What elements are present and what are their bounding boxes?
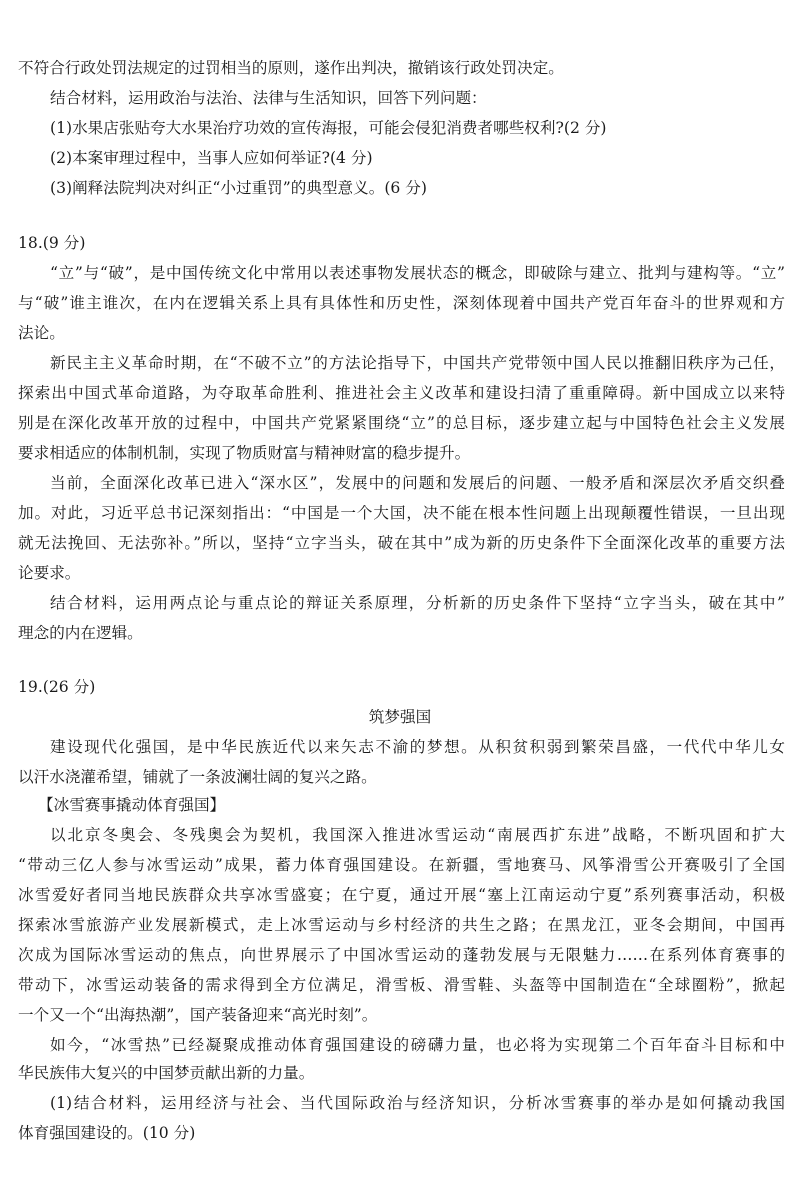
q18-prompt-line: 理念的内在逻辑。: [18, 623, 785, 643]
q19-subquestion-1-line: (1)结合材料，运用经济与社会、当代国际政治与经济知识，分析冰雪赛事的举办是如何…: [50, 1093, 785, 1113]
q19-paragraph-2-line: 冰雪爱好者同当地民族群众共享冰雪盛宴；在宁夏，通过开展“塞上江南运动宁夏”系列赛…: [18, 885, 785, 905]
q17-text-line: 不符合行政处罚法规定的过罚相当的原则，遂作出判决，撤销该行政处罚决定。: [18, 58, 785, 78]
q19-paragraph-2-line: 次成为国际冰雪运动的焦点，向世界展示了中国冰雪运动的蓬勃发展与无限魅力……在系列…: [18, 945, 785, 965]
q17-subquestion-2: (2)本案审理过程中，当事人应如何举证?(4 分): [50, 148, 785, 168]
q19-material-title: 筑梦强国: [0, 707, 800, 727]
q18-heading: 18.(9 分): [18, 233, 785, 253]
q18-paragraph-3-line: 就无法挽回、无法弥补。”所以，坚持“立字当头，破在其中”成为新的历史条件下全面深…: [18, 533, 785, 553]
q18-paragraph-3-line: 当前，全面深化改革已进入“深水区”，发展中的问题和发展后的问题、一般矛盾和深层次…: [50, 473, 785, 493]
q17-prompt: 结合材料，运用政治与法治、法律与生活知识，回答下列问题：: [50, 88, 785, 108]
q17-subquestion-1: (1)水果店张贴夸大水果治疗功效的宣传海报，可能会侵犯消费者哪些权利?(2 分): [50, 118, 785, 138]
q18-paragraph-2-line: 探索出中国式革命道路，为夺取革命胜利、推进社会主义改革和建设扫清了重重障碍。新中…: [18, 383, 785, 403]
q19-paragraph-1-line: 建设现代化强国，是中华民族近代以来矢志不渝的梦想。从积贫积弱到繁荣昌盛，一代代中…: [50, 737, 785, 757]
q19-paragraph-2-line: 探索冰雪旅游产业发展新模式，走上冰雪运动与乡村经济的共生之路；在黑龙江，亚冬会期…: [18, 915, 785, 935]
q18-paragraph-3-line: 加。对此，习近平总书记深刻指出：“中国是一个大国，决不能在根本性问题上出现颠覆性…: [18, 503, 785, 523]
q18-paragraph-1-line: 与“破”谁主谁次，在内在逻辑关系上具有具体性和历史性，深刻体现着中国共产党百年奋…: [18, 293, 785, 313]
q17-subquestion-3: (3)阐释法院判决对纠正“小过重罚”的典型意义。(6 分): [50, 178, 785, 198]
q18-paragraph-2-line: 别是在深化改革开放的过程中，中国共产党紧紧围绕“立”的总目标，逐步建立起与中国特…: [18, 413, 785, 433]
q19-heading: 19.(26 分): [18, 677, 785, 697]
q19-section-title: 【冰雪赛事撬动体育强国】: [38, 795, 800, 815]
q19-paragraph-2-line: “带动三亿人参与冰雪运动”成果，蓄力体育强国建设。在新疆，雪地赛马、风筝滑雪公开…: [18, 855, 785, 875]
q19-paragraph-2-line: 以北京冬奥会、冬残奥会为契机，我国深入推进冰雪运动“南展西扩东进”战略，不断巩固…: [50, 825, 785, 845]
q18-paragraph-1-line: “立”与“破”，是中国传统文化中常用以表述事物发展状态的概念，即破除与建立、批判…: [50, 263, 785, 283]
q18-prompt-line: 结合材料，运用两点论与重点论的辩证关系原理，分析新的历史条件下坚持“立字当头，破…: [50, 593, 785, 613]
q19-paragraph-1-line: 以汗水浇灌希望，铺就了一条波澜壮阔的复兴之路。: [18, 767, 785, 787]
q19-paragraph-2-line: 一个又一个“出海热潮”，国产装备迎来“高光时刻”。: [18, 1005, 785, 1025]
q19-subquestion-1-line: 体育强国建设的。(10 分): [18, 1123, 785, 1143]
q18-paragraph-2-line: 新民主主义革命时期，在“不破不立”的方法论指导下，中国共产党带领中国人民以推翻旧…: [50, 353, 785, 373]
q18-paragraph-2-line: 要求相适应的体制机制，实现了物质财富与精神财富的稳步提升。: [18, 443, 785, 463]
q18-paragraph-1-line: 法论。: [18, 323, 785, 343]
q19-paragraph-3-line: 华民族伟大复兴的中国梦贡献出新的力量。: [18, 1063, 785, 1083]
q18-paragraph-3-line: 论要求。: [18, 563, 785, 583]
q19-paragraph-2-line: 带动下，冰雪运动装备的需求得到全方位满足，滑雪板、滑雪鞋、头盔等中国制造在“全球…: [18, 975, 785, 995]
q19-paragraph-3-line: 如今，“冰雪热”已经凝聚成推动体育强国建设的磅礴力量，也必将为实现第二个百年奋斗…: [50, 1035, 785, 1055]
